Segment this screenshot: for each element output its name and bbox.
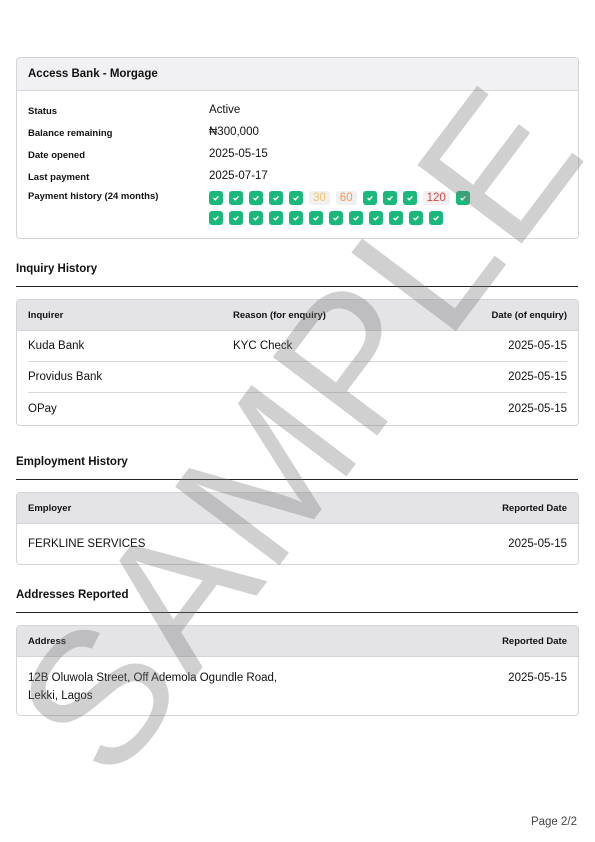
header-inquirer: Inquirer <box>28 310 233 321</box>
header-reported-date: Reported Date <box>427 503 567 514</box>
check-icon <box>403 191 417 205</box>
check-icon <box>429 211 443 225</box>
check-icon <box>249 211 263 225</box>
cell-inquirer: Kuda Bank <box>28 340 233 352</box>
cell-inquirer: OPay <box>28 403 233 415</box>
payment-history-row <box>209 211 443 225</box>
cell-date: 2025-05-15 <box>427 340 567 352</box>
table-row: Kuda Bank KYC Check 2025-05-15 <box>28 331 567 362</box>
divider <box>16 479 578 480</box>
check-icon <box>383 191 397 205</box>
check-icon <box>409 211 423 225</box>
check-icon <box>456 191 470 205</box>
table-header: Address Reported Date <box>17 626 578 657</box>
check-icon <box>269 211 283 225</box>
cell-date: 2025-05-15 <box>427 371 567 383</box>
addresses-title: Addresses Reported <box>16 589 128 601</box>
cell-date: 2025-05-15 <box>427 669 567 687</box>
balance-label: Balance remaining <box>28 128 112 139</box>
addresses-table: Address Reported Date 12B Oluwola Street… <box>16 625 579 716</box>
table-header: Inquirer Reason (for enquiry) Date (of e… <box>17 300 578 331</box>
cell-address: 12B Oluwola Street, Off Ademola Ogundle … <box>28 669 427 705</box>
divider <box>16 286 578 287</box>
check-icon <box>369 211 383 225</box>
divider <box>16 612 578 613</box>
cell-date: 2025-05-15 <box>427 538 567 550</box>
employment-history-title: Employment History <box>16 456 128 468</box>
check-icon <box>269 191 283 205</box>
check-icon <box>289 191 303 205</box>
cell-date: 2025-05-15 <box>427 403 567 415</box>
table-header: Employer Reported Date <box>17 493 578 524</box>
late-payment-badge: 30 <box>309 191 330 205</box>
last-payment-value: 2025-07-17 <box>209 170 268 182</box>
late-payment-badge: 60 <box>336 191 357 205</box>
date-opened-label: Date opened <box>28 150 85 161</box>
late-payment-badge: 120 <box>423 191 450 205</box>
inquiry-history-title: Inquiry History <box>16 263 97 275</box>
check-icon <box>229 191 243 205</box>
check-icon <box>349 211 363 225</box>
page-number: Page 2/2 <box>531 816 577 828</box>
check-icon <box>363 191 377 205</box>
check-icon <box>209 191 223 205</box>
cell-employer: FERKLINE SERVICES <box>28 538 427 550</box>
date-opened-value: 2025-05-15 <box>209 148 268 160</box>
account-card: Access Bank - Morgage Status Active Bala… <box>16 57 579 239</box>
check-icon <box>229 211 243 225</box>
header-employer: Employer <box>28 503 427 514</box>
header-reported-date: Reported Date <box>427 636 567 647</box>
header-reason: Reason (for enquiry) <box>233 310 427 321</box>
table-row: 12B Oluwola Street, Off Ademola Ogundle … <box>17 657 578 715</box>
cell-reason: KYC Check <box>233 340 427 352</box>
check-icon <box>389 211 403 225</box>
balance-value: ₦300,000 <box>209 126 259 138</box>
payment-history-label: Payment history (24 months) <box>28 191 158 202</box>
check-icon <box>289 211 303 225</box>
table-row: Providus Bank 2025-05-15 <box>28 362 567 393</box>
cell-inquirer: Providus Bank <box>28 371 233 383</box>
last-payment-label: Last payment <box>28 172 89 183</box>
header-address: Address <box>28 636 427 647</box>
status-label: Status <box>28 106 57 117</box>
payment-history-row: 3060120 <box>209 191 470 205</box>
header-date: Date (of enquiry) <box>427 310 567 321</box>
check-icon <box>209 211 223 225</box>
check-icon <box>329 211 343 225</box>
employment-table: Employer Reported Date FERKLINE SERVICES… <box>16 492 579 565</box>
table-row: OPay 2025-05-15 <box>17 393 578 425</box>
check-icon <box>249 191 263 205</box>
status-value: Active <box>209 104 240 116</box>
inquiry-table: Inquirer Reason (for enquiry) Date (of e… <box>16 299 579 426</box>
check-icon <box>309 211 323 225</box>
table-row: FERKLINE SERVICES 2025-05-15 <box>17 524 578 564</box>
account-card-title: Access Bank - Morgage <box>17 58 578 91</box>
